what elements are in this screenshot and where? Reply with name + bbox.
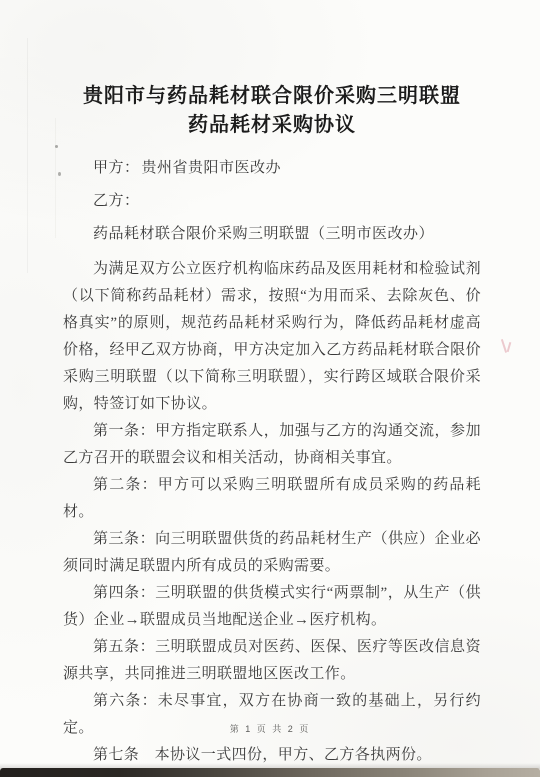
- ink-speck: [58, 172, 61, 176]
- title-line-2: 药品耗材采购协议: [63, 111, 481, 140]
- party-a-line: 甲方：贵州省贵阳市医改办: [63, 152, 481, 185]
- party-a-name: 贵州省贵阳市医改办: [142, 160, 282, 176]
- article-1: 第一条：甲方指定联系人，加强与乙方的沟通交流，参加乙方召开的联盟会议和相关活动，…: [63, 418, 481, 472]
- scan-bottom-edge: [0, 768, 540, 777]
- party-b-label: 乙方：: [93, 193, 140, 209]
- stamp-remnant: [499, 337, 515, 357]
- article-2: 第二条：甲方可以采购三明联盟所有成员采购的药品耗材。: [63, 472, 481, 526]
- paper-crease: [27, 38, 28, 273]
- document-body: 贵阳市与药品耗材联合限价采购三明联盟 药品耗材采购协议 甲方：贵州省贵阳市医改办…: [63, 82, 481, 769]
- article-3: 第三条：向三明联盟供货的药品耗材生产（供应）企业必须同时满足联盟内所有成员的采购…: [63, 526, 481, 580]
- preamble-paragraph: 为满足双方公立医疗机构临床药品及医用耗材和检验试剂（以下简称药品耗材）需求，按照…: [63, 256, 481, 418]
- party-a-label: 甲方：: [93, 160, 140, 176]
- article-4: 第四条：三明联盟的供货模式实行“两票制”，从生产（供货）企业→联盟成员当地配送企…: [63, 580, 481, 634]
- document-title: 贵阳市与药品耗材联合限价采购三明联盟 药品耗材采购协议: [63, 82, 481, 140]
- parties-block: 甲方：贵州省贵阳市医改办 乙方：药品耗材联合限价采购三明联盟（三明市医改办）: [63, 152, 481, 251]
- ink-speck: [55, 145, 58, 148]
- title-line-1: 贵阳市与药品耗材联合限价采购三明联盟: [63, 82, 481, 111]
- paper-crease: [55, 118, 56, 238]
- party-b-name: 药品耗材联合限价采购三明联盟（三明市医改办）: [93, 226, 434, 242]
- party-b-line: 乙方：药品耗材联合限价采购三明联盟（三明市医改办）: [63, 185, 481, 251]
- article-5: 第五条：三明联盟成员对医药、医保、医疗等医改信息资源共享，共同推进三明联盟地区医…: [63, 634, 481, 688]
- scanned-page: 贵阳市与药品耗材联合限价采购三明联盟 药品耗材采购协议 甲方：贵州省贵阳市医改办…: [0, 0, 540, 777]
- page-number: 第 1 页 共 2 页: [0, 722, 540, 735]
